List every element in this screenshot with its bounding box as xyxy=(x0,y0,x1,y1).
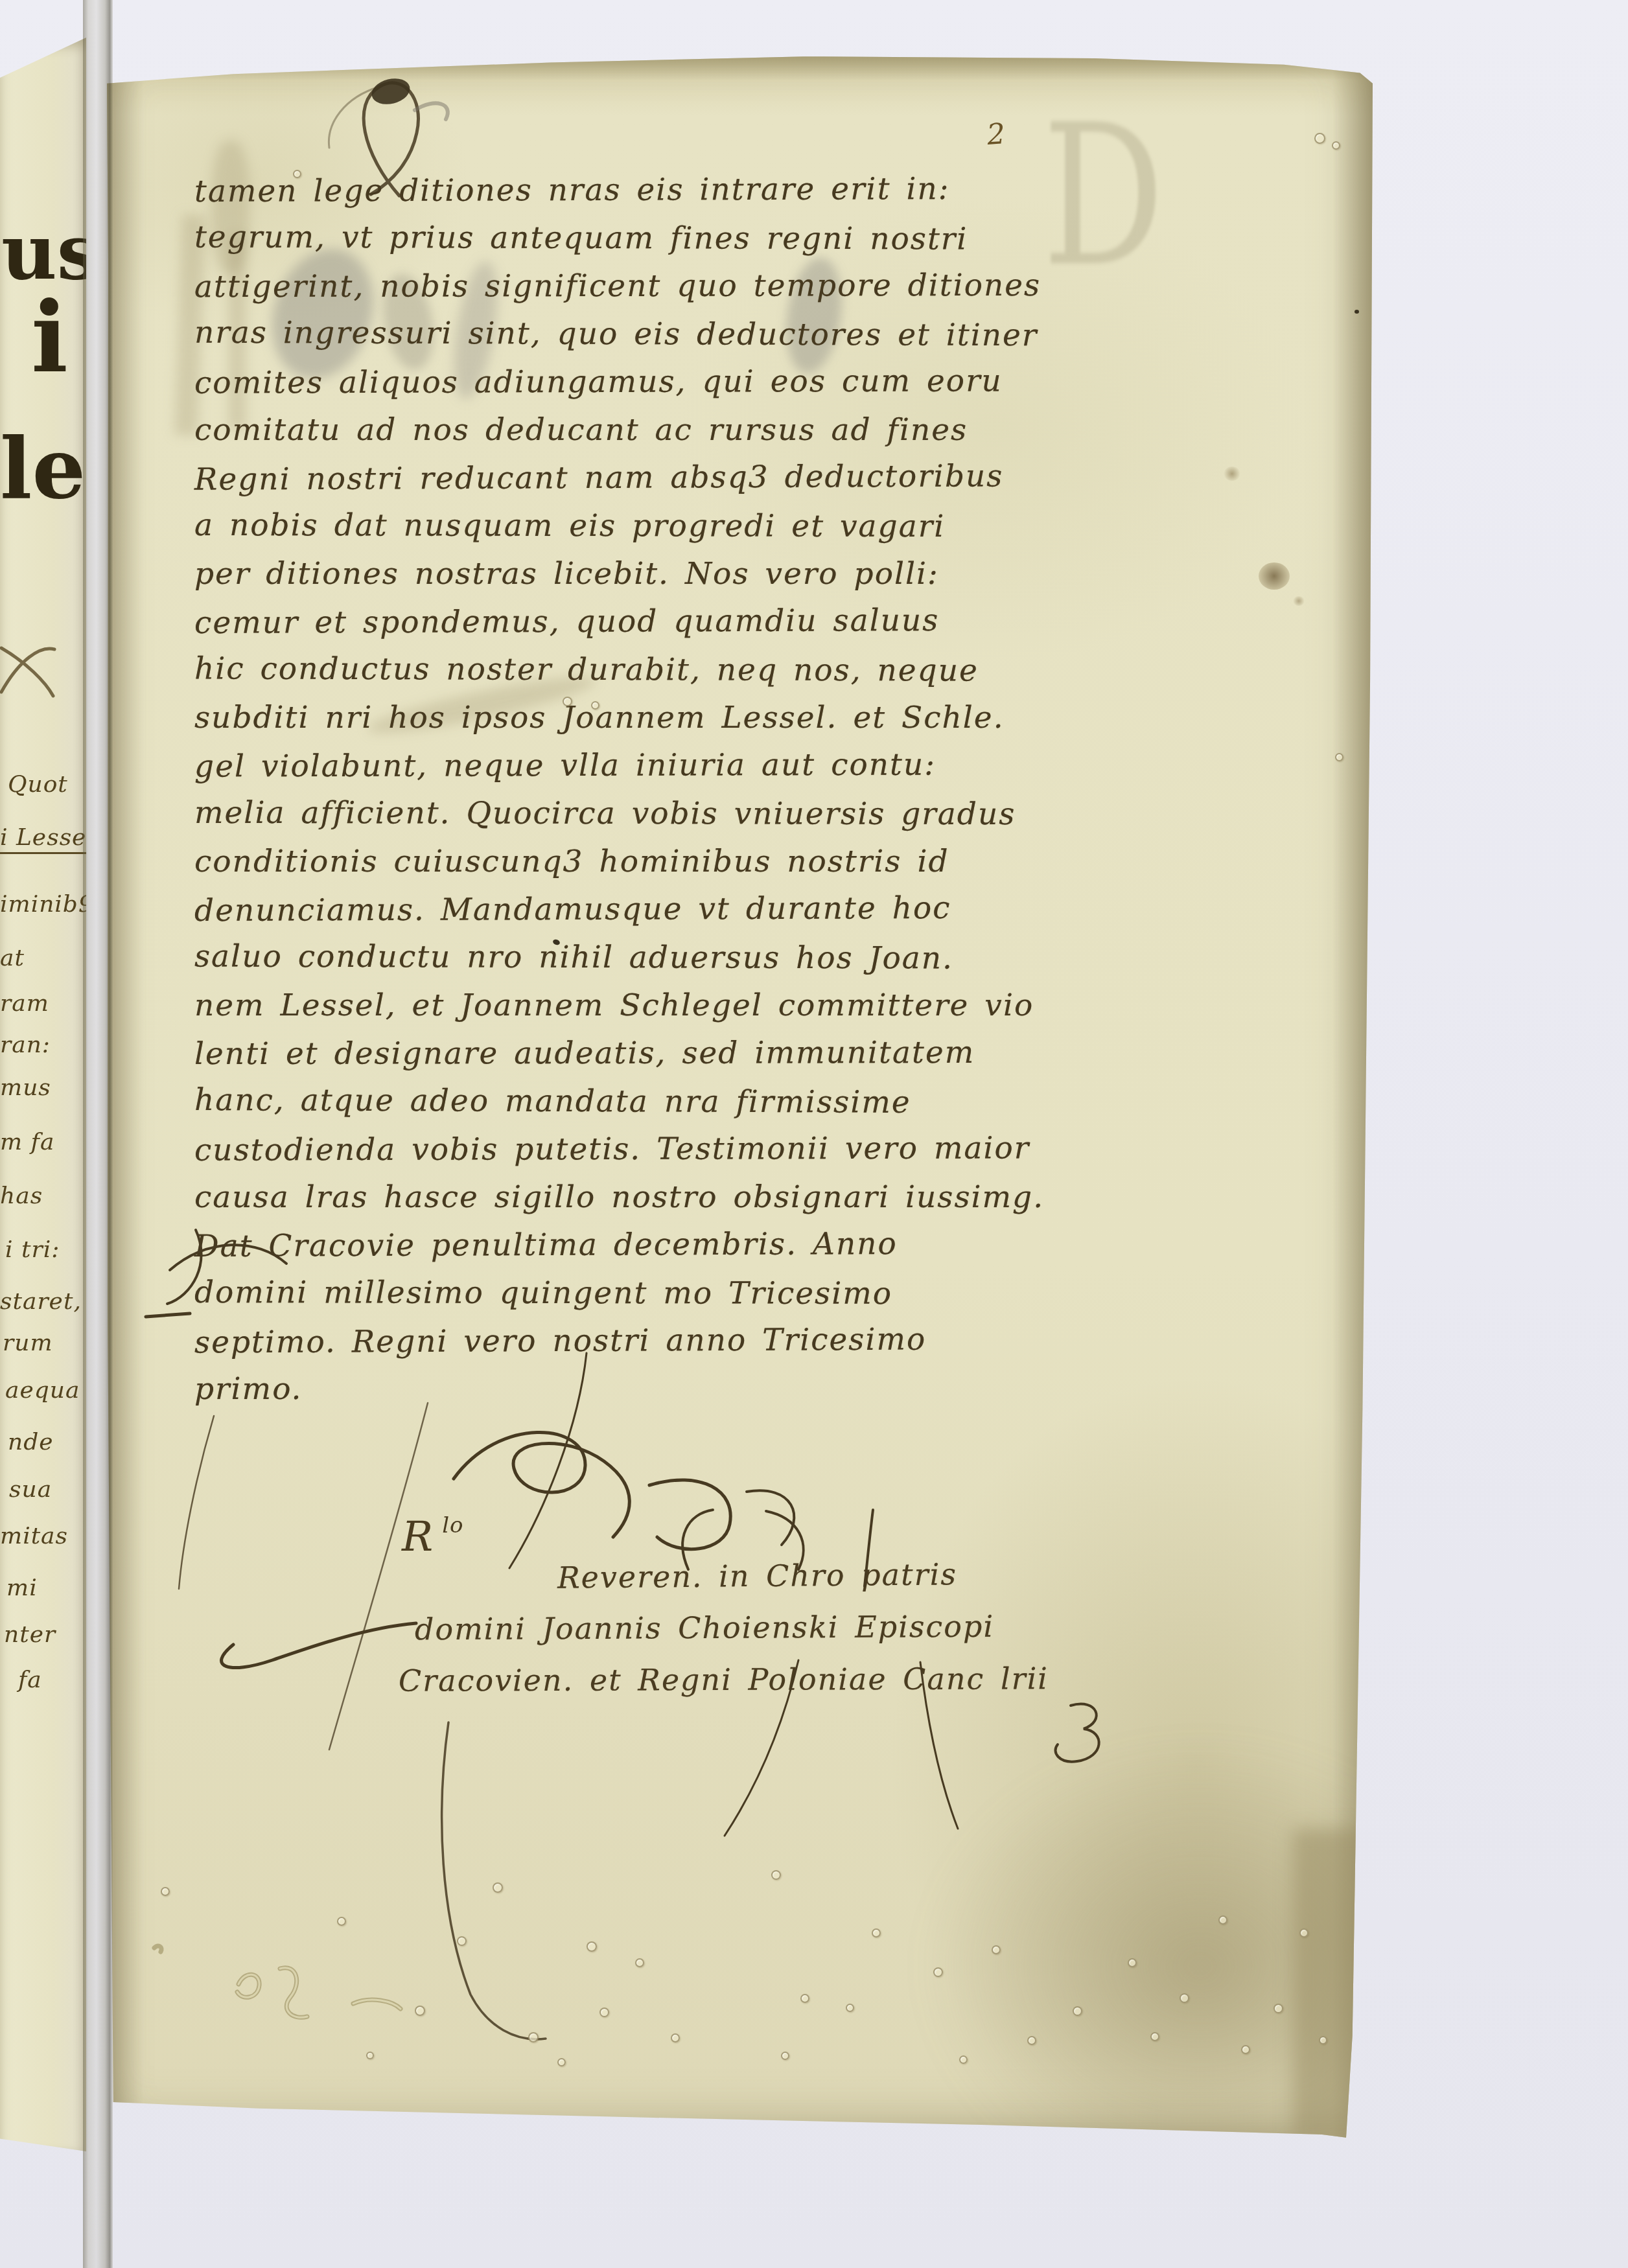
wormhole-speck xyxy=(846,2004,854,2012)
wormhole-speck xyxy=(493,1882,503,1893)
wormhole-speck xyxy=(1128,1958,1137,1967)
wormhole-speck xyxy=(337,1917,346,1926)
wormhole-speck xyxy=(1180,1993,1189,2003)
bottom-flourish xyxy=(329,1403,428,1750)
wormhole-speck xyxy=(1073,2006,1082,2016)
wormhole-speck xyxy=(587,1941,597,1952)
descender-hairline xyxy=(179,1416,214,1589)
ink-stain xyxy=(1293,596,1305,606)
wormhole-speck xyxy=(933,1967,943,1977)
wormhole-speck xyxy=(1319,2036,1327,2044)
margin-flourish xyxy=(1,648,54,696)
top-flourish xyxy=(329,87,379,148)
wormhole-speck xyxy=(771,1870,781,1880)
wormhole-speck xyxy=(992,1945,1001,1954)
bottom-flourish xyxy=(222,1623,416,1668)
wormhole-speck xyxy=(293,170,301,178)
subscription-flourish xyxy=(725,1660,798,1836)
wormhole-speck xyxy=(591,701,599,710)
margin-dash xyxy=(146,1313,190,1317)
wormhole-speck xyxy=(557,2058,566,2066)
long-tail-arc xyxy=(442,1722,546,2039)
wormhole-speck xyxy=(1335,753,1343,761)
worm-trails xyxy=(154,1946,401,2017)
wormhole-speck xyxy=(1299,1928,1308,1938)
margin-swash xyxy=(170,1245,286,1270)
wormhole-speck xyxy=(1027,2036,1036,2045)
ink-flourishes xyxy=(0,0,1628,2268)
wormhole-speck xyxy=(161,1887,170,1896)
wormhole-speck xyxy=(635,1958,644,1967)
wormhole-speck xyxy=(1150,2032,1159,2041)
wormhole-speck xyxy=(959,2055,968,2064)
subscription-flourish xyxy=(682,1510,713,1569)
bottom-flourish xyxy=(509,1353,587,1568)
wormhole-speck xyxy=(1241,2045,1250,2054)
wormhole-speck xyxy=(599,2008,609,2017)
bottom-flourish xyxy=(747,1490,794,1545)
subscription-end-mark xyxy=(1056,1704,1099,1762)
wormhole-speck xyxy=(781,2052,789,2060)
ink-blot xyxy=(369,75,412,108)
ink-stain xyxy=(1259,562,1290,590)
wormhole-speck xyxy=(1314,133,1325,144)
bottom-flourish xyxy=(454,1432,629,1537)
wormhole-speck xyxy=(671,2033,680,2042)
subscription-flourish xyxy=(920,1662,958,1829)
wormhole-speck xyxy=(528,2032,539,2042)
wormhole-speck xyxy=(1273,2004,1283,2013)
wormhole-speck xyxy=(366,2052,374,2059)
subscription-flourish xyxy=(865,1510,873,1586)
ink-stain xyxy=(1224,467,1240,481)
wormhole-speck xyxy=(1218,1915,1227,1925)
wormhole-speck xyxy=(457,1936,467,1946)
wormhole-speck xyxy=(872,1928,881,1938)
wormhole-speck xyxy=(415,2006,425,2016)
bottom-flourish xyxy=(649,1480,730,1549)
wormhole-speck xyxy=(800,1994,809,2003)
wormhole-speck xyxy=(1332,141,1340,150)
wormhole-speck xyxy=(563,697,572,706)
worm-trails-highlight xyxy=(237,1968,401,2018)
ink-fleck xyxy=(1355,310,1359,314)
manuscript-photo: us i le: Quot i Lessel iminib9 at ram ra… xyxy=(0,0,1628,2268)
